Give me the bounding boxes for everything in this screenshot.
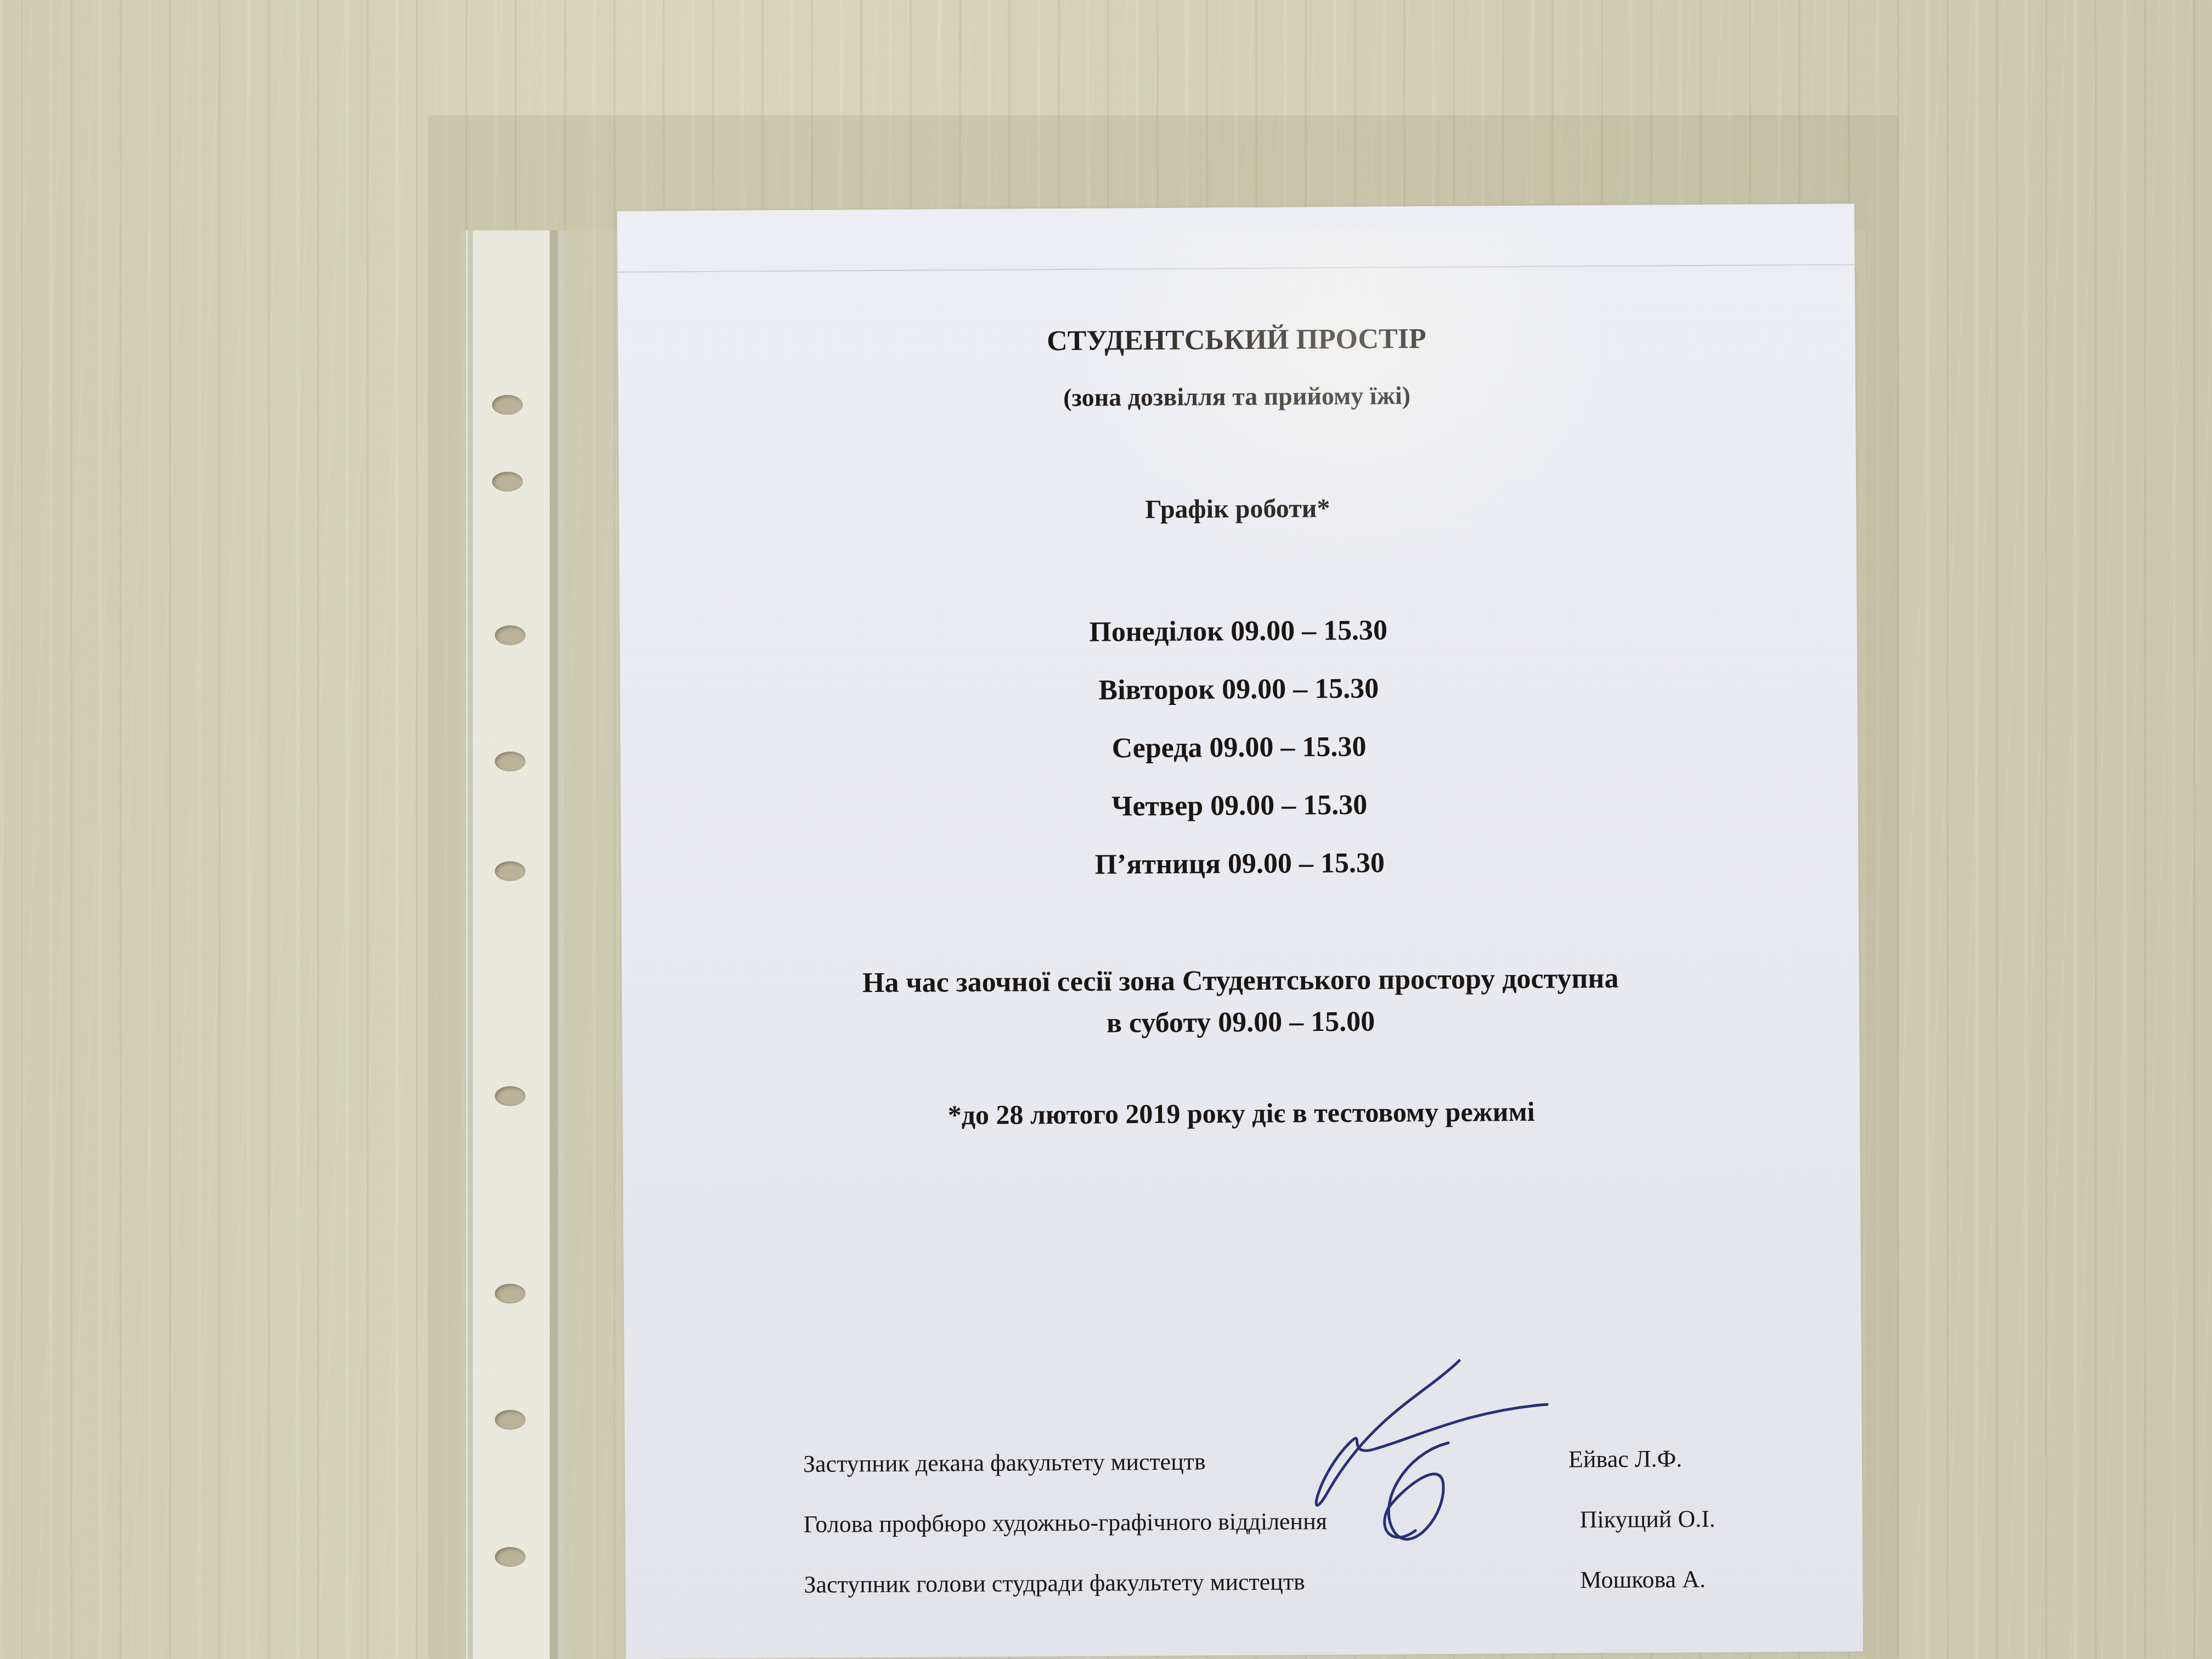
signatory-name: Ейвас Л.Ф. (1568, 1444, 1683, 1473)
punch-hole (495, 1547, 526, 1567)
signatory-role: Голова профбюро художньо-графічного відд… (803, 1507, 1327, 1538)
signatory-name: Мошкова А. (1580, 1565, 1706, 1594)
notice-sheet: СТУДЕНТСЬКИЙ ПРОСТІР (зона дозвілля та п… (617, 204, 1863, 1659)
punch-hole (492, 395, 523, 415)
schedule-row-wednesday: Середа 09.00 – 15.30 (620, 715, 1858, 781)
session-notice-line-1: На час заочної сесії зона Студентського … (622, 956, 1859, 1006)
signatory-name: Пікущий О.І. (1579, 1505, 1715, 1534)
punch-hole (492, 472, 523, 492)
session-notice: На час заочної сесії зона Студентського … (622, 956, 1859, 1047)
handwritten-signature-icon (1306, 1350, 1569, 1580)
signatory-role: Заступник голови студради факультету мис… (804, 1567, 1305, 1599)
signatory-row: Заступник голови студради факультету мис… (804, 1565, 1737, 1631)
punch-hole (495, 1086, 526, 1106)
signatory-row: Голова профбюро художньо-графічного відд… (803, 1505, 1736, 1571)
signatory-role: Заступник декана факультету мистецтв (803, 1447, 1206, 1477)
schedule-heading: Графік роботи* (619, 490, 1856, 528)
punch-hole (495, 752, 526, 771)
footnote: *до 28 лютого 2019 року діє в тестовому … (623, 1093, 1860, 1133)
notice-subtitle: (зона дозвілля та прийому їжі) (618, 378, 1855, 415)
sheet-protector-strip (466, 230, 566, 1659)
schedule-row-monday: Понеділок 09.00 – 15.30 (619, 599, 1857, 664)
notice-title: СТУДЕНТСЬКИЙ ПРОСТІР (618, 320, 1855, 360)
signatory-row: Заступник декана факультету мистецтв Ейв… (803, 1444, 1736, 1510)
paper-crease (618, 264, 1855, 273)
punch-hole (495, 861, 526, 881)
punch-hole (495, 625, 526, 645)
punch-hole (495, 1284, 526, 1304)
schedule-row-tuesday: Вівторок 09.00 – 15.30 (620, 657, 1858, 723)
punch-hole (495, 1410, 526, 1430)
schedule-row-friday: П’ятниця 09.00 – 15.30 (621, 831, 1859, 897)
signatories-block: Заступник декана факультету мистецтв Ейв… (803, 1444, 1737, 1631)
session-notice-line-2: в суботу 09.00 – 15.00 (622, 998, 1859, 1047)
schedule-list: Понеділок 09.00 – 15.30 Вівторок 09.00 –… (619, 599, 1858, 897)
schedule-row-thursday: Четвер 09.00 – 15.30 (620, 773, 1858, 839)
